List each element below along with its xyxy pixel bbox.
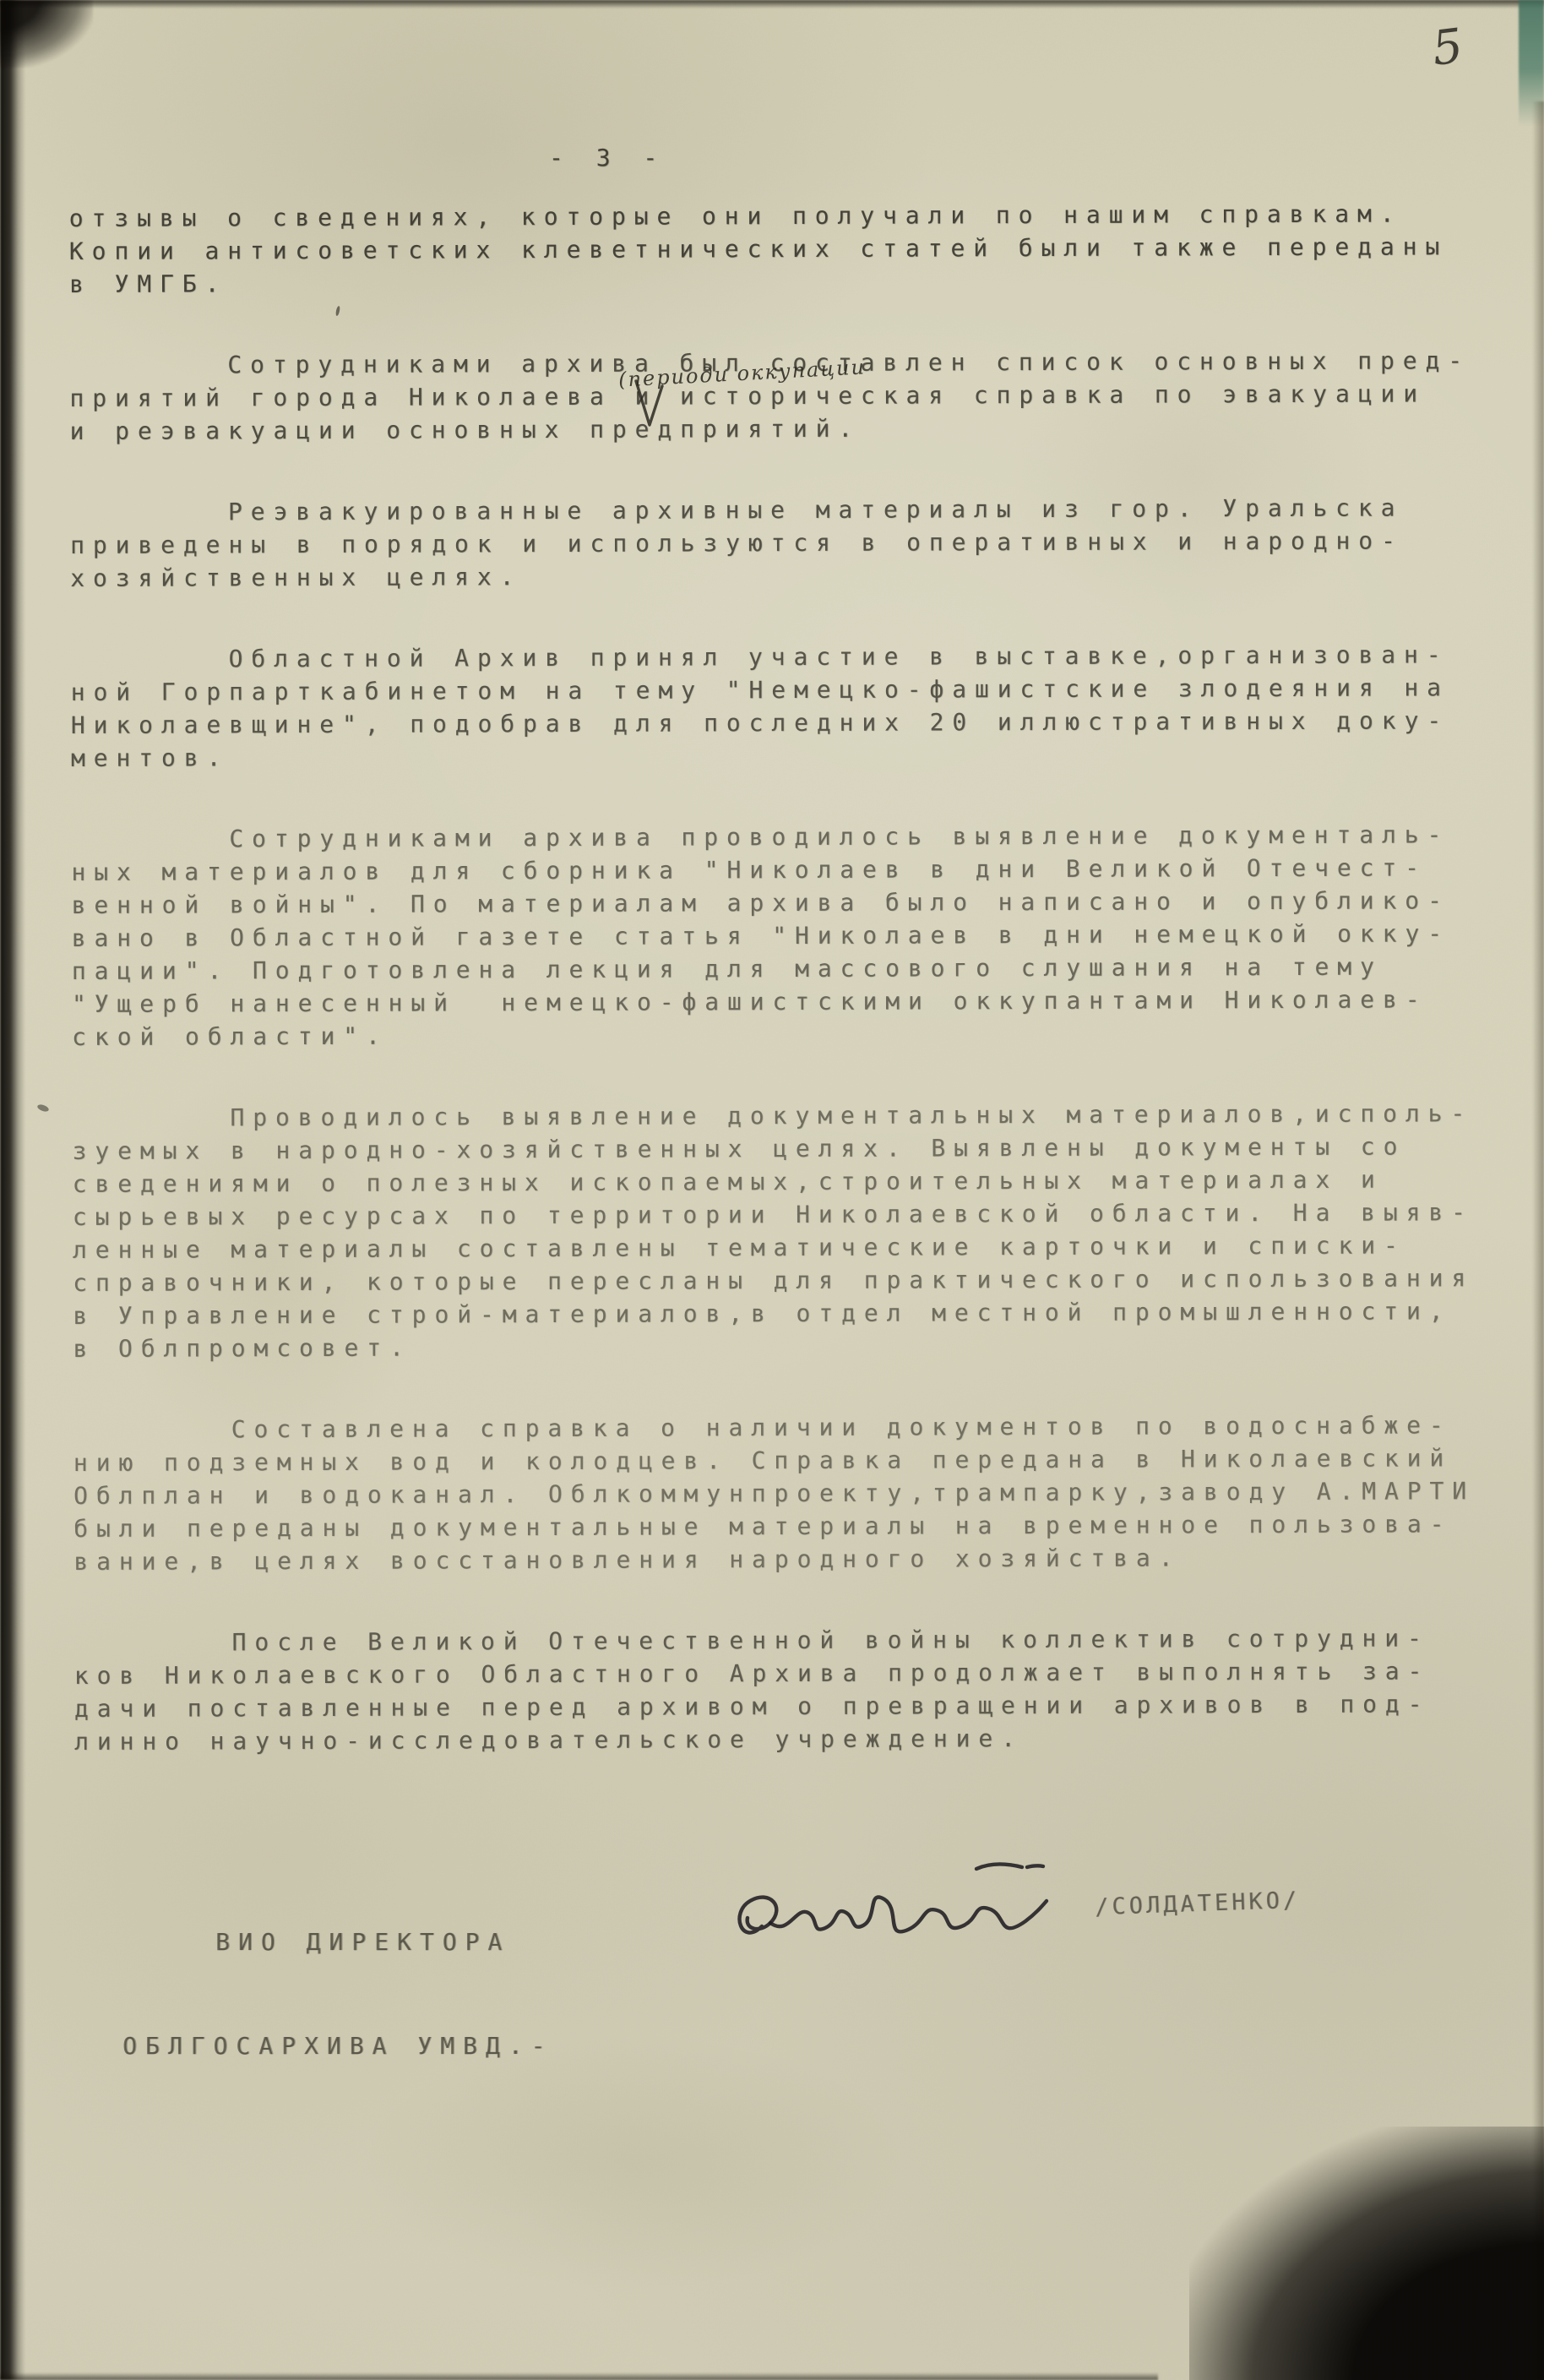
text-line: вано в Областной газете статья "Николаев… bbox=[72, 917, 1520, 955]
paragraph: Составлена справка о наличии документов … bbox=[73, 1408, 1523, 1578]
text-line: линно научно-исследовательское учреждени… bbox=[74, 1720, 1523, 1758]
text-line: ской области". bbox=[72, 1016, 1520, 1054]
text-line: пации". Подготовлена лекция для массовог… bbox=[72, 950, 1520, 988]
text-line: Составлена справка о наличии документов … bbox=[73, 1408, 1522, 1446]
page-number: - 3 - bbox=[549, 144, 666, 172]
text-line: отзывы о сведениях, которые они получали… bbox=[69, 197, 1518, 235]
text-line: дачи поставленные перед архивом о превра… bbox=[74, 1687, 1523, 1725]
text-line: Копии антисоветских клеветнических стате… bbox=[69, 230, 1518, 268]
insertion-caret-icon bbox=[632, 378, 666, 430]
text-line: Проводилось выявление документальных мат… bbox=[72, 1097, 1520, 1135]
scan-edge-bottom bbox=[0, 2372, 1158, 2380]
ink-smudge bbox=[36, 1103, 50, 1113]
paragraph: Реэвакуированные архивные материалы из г… bbox=[70, 491, 1519, 595]
text-line: ков Николаевского Областного Архива прод… bbox=[74, 1654, 1523, 1692]
handwritten-page-number: 5 bbox=[1430, 19, 1466, 77]
signature-title-line2: ОБЛГОСАРХИВА УМВД.- bbox=[122, 2029, 553, 2063]
text-line: в Облпромсовет. bbox=[73, 1327, 1521, 1365]
text-line: ных материалов для сборника "Николаев в … bbox=[71, 851, 1520, 889]
scan-corner-top-left bbox=[0, 0, 93, 68]
paragraph: отзывы о сведениях, которые они получали… bbox=[69, 197, 1518, 301]
signature-block: ВИО ДИРЕКТОРА ОБЛГОСАРХИВА УМВД.- bbox=[122, 1855, 553, 2132]
text-line: сведениями о полезных ископаемых,строите… bbox=[73, 1163, 1521, 1201]
text-line: Сотрудниками архива проводилось выявлени… bbox=[71, 818, 1520, 856]
paragraph: Проводилось выявление документальных мат… bbox=[72, 1097, 1521, 1365]
text-line: хозяйственных целях. bbox=[70, 557, 1519, 595]
document-page: - 3 - 5 отзывы о сведениях, которые они … bbox=[0, 0, 1544, 2380]
scan-strip-top-right bbox=[1519, 0, 1544, 127]
text-line: ной Горпарткабинетом на тему "Немецко-фа… bbox=[71, 671, 1520, 709]
text-line: "Ущерб нанесенный немецко-фашистскими ок… bbox=[72, 983, 1520, 1021]
text-line: Николаевщине", подобрав для последних 20… bbox=[71, 704, 1520, 742]
text-line: нию подземных вод и колодцев. Справка пе… bbox=[73, 1441, 1522, 1479]
typed-signature-name: /СОЛДАТЕНКО/ bbox=[1095, 1887, 1301, 1920]
text-line: справочники, которые пересланы для практ… bbox=[73, 1261, 1521, 1299]
scan-corner-bottom-right bbox=[1189, 2127, 1544, 2380]
text-line: вание,в целях восстановления народного х… bbox=[73, 1540, 1522, 1578]
text-line: После Великой Отечественной войны коллек… bbox=[74, 1621, 1523, 1659]
text-line: были переданы документальные материалы н… bbox=[73, 1507, 1522, 1545]
text-line: сырьевых ресурсах по территории Николаев… bbox=[73, 1195, 1521, 1234]
text-line: зуемых в народно-хозяйственных целях. Вы… bbox=[73, 1130, 1521, 1168]
text-line: Реэвакуированные архивные материалы из г… bbox=[70, 491, 1519, 529]
text-line: Областной Архив принял участие в выставк… bbox=[71, 638, 1520, 676]
text-line: и реэвакуации основных предприятий. bbox=[70, 410, 1519, 448]
signature-title-line1: ВИО ДИРЕКТОРА bbox=[122, 1925, 553, 1959]
paragraph: Сотрудниками архива проводилось выявлени… bbox=[71, 818, 1520, 1054]
text-line: венной войны". По материалам архива было… bbox=[72, 884, 1520, 922]
text-line: Облплан и водоканал. Облкоммунпроекту,тр… bbox=[73, 1474, 1522, 1512]
paragraph: Областной Архив принял участие в выставк… bbox=[71, 638, 1520, 775]
text-line: ленные материалы составлены тематические… bbox=[73, 1228, 1521, 1266]
handwritten-signature-icon bbox=[725, 1827, 1088, 1970]
document-body: отзывы о сведениях, которые они получали… bbox=[69, 197, 1524, 1806]
scan-edge-top bbox=[0, 0, 1544, 8]
paragraph: После Великой Отечественной войны коллек… bbox=[74, 1621, 1524, 1758]
scan-edge-left bbox=[0, 0, 25, 2380]
text-line: приведены в порядок и используются в опе… bbox=[70, 524, 1519, 562]
scan-edge-right bbox=[1532, 101, 1544, 2380]
text-line: в УМГБ. bbox=[69, 263, 1518, 301]
text-line: ментов. bbox=[71, 737, 1520, 775]
text-line: в Управление строй-материалов,в отдел ме… bbox=[73, 1294, 1521, 1332]
